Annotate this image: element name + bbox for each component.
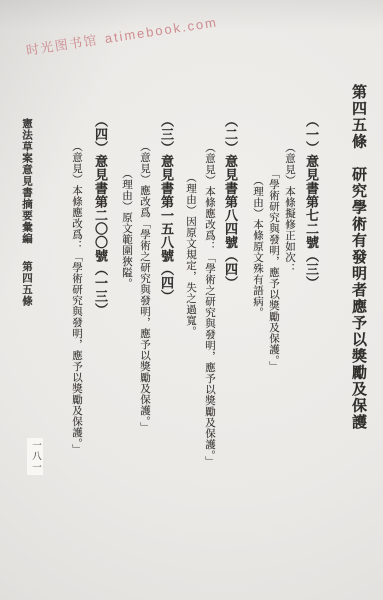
watermark-library-name: 时光图书馆 (25, 32, 99, 58)
section-4-heading: （四）意見書第二〇〇號（一三） (91, 114, 110, 317)
section-1-reason: （理由）本條原文殊有語病。 (250, 175, 265, 318)
section-4-opinion: （意見）本條應改爲：「學術研究與發明，應予以獎勵及保護。」 (69, 141, 84, 455)
scanned-book-page: 时光图书馆atimebook.com 第四五條 研究學術有發明者應予以獎勵及保護… (0, 0, 383, 600)
margin-article-ref: 第四五條 (21, 261, 32, 307)
section-3-reason: （理由）原文範圍狹隘。 (119, 168, 134, 289)
page-number: 一八一 (27, 438, 43, 475)
watermark-domain: atimebook.com (104, 14, 219, 46)
section-3-opinion: （意見）應改爲「學術之研究與發明，應予以獎勵及保護。」 (137, 141, 152, 433)
watermark: 时光图书馆atimebook.com (25, 11, 219, 58)
article-title: 第四五條 研究學術有發明者應予以獎勵及保護 (348, 84, 369, 431)
margin-running-title: 憲法草案意見書摘要彙編 (21, 118, 32, 245)
section-2-heading: （二）意見書第八四號（四） (221, 114, 240, 290)
section-2-opinion: （意見）本條應改爲：「學術之研究與發明，應予以獎勵及保護。」 (202, 142, 217, 467)
section-2-reason: （理由）因原文規定，失之過寬。 (183, 172, 198, 337)
section-1-heading: （一）意見書第七二號（三） (302, 114, 321, 290)
section-3-heading: （三）意見書第一五八號（四） (157, 114, 176, 303)
margin-running-title-block: 憲法草案意見書摘要彙編第四五條 (19, 118, 34, 307)
section-1-proposed-text: 「學術研究與發明，應予以獎勵及保護。」 (266, 168, 281, 372)
section-1-opinion: （意見）本條擬修正如次： (282, 142, 297, 274)
